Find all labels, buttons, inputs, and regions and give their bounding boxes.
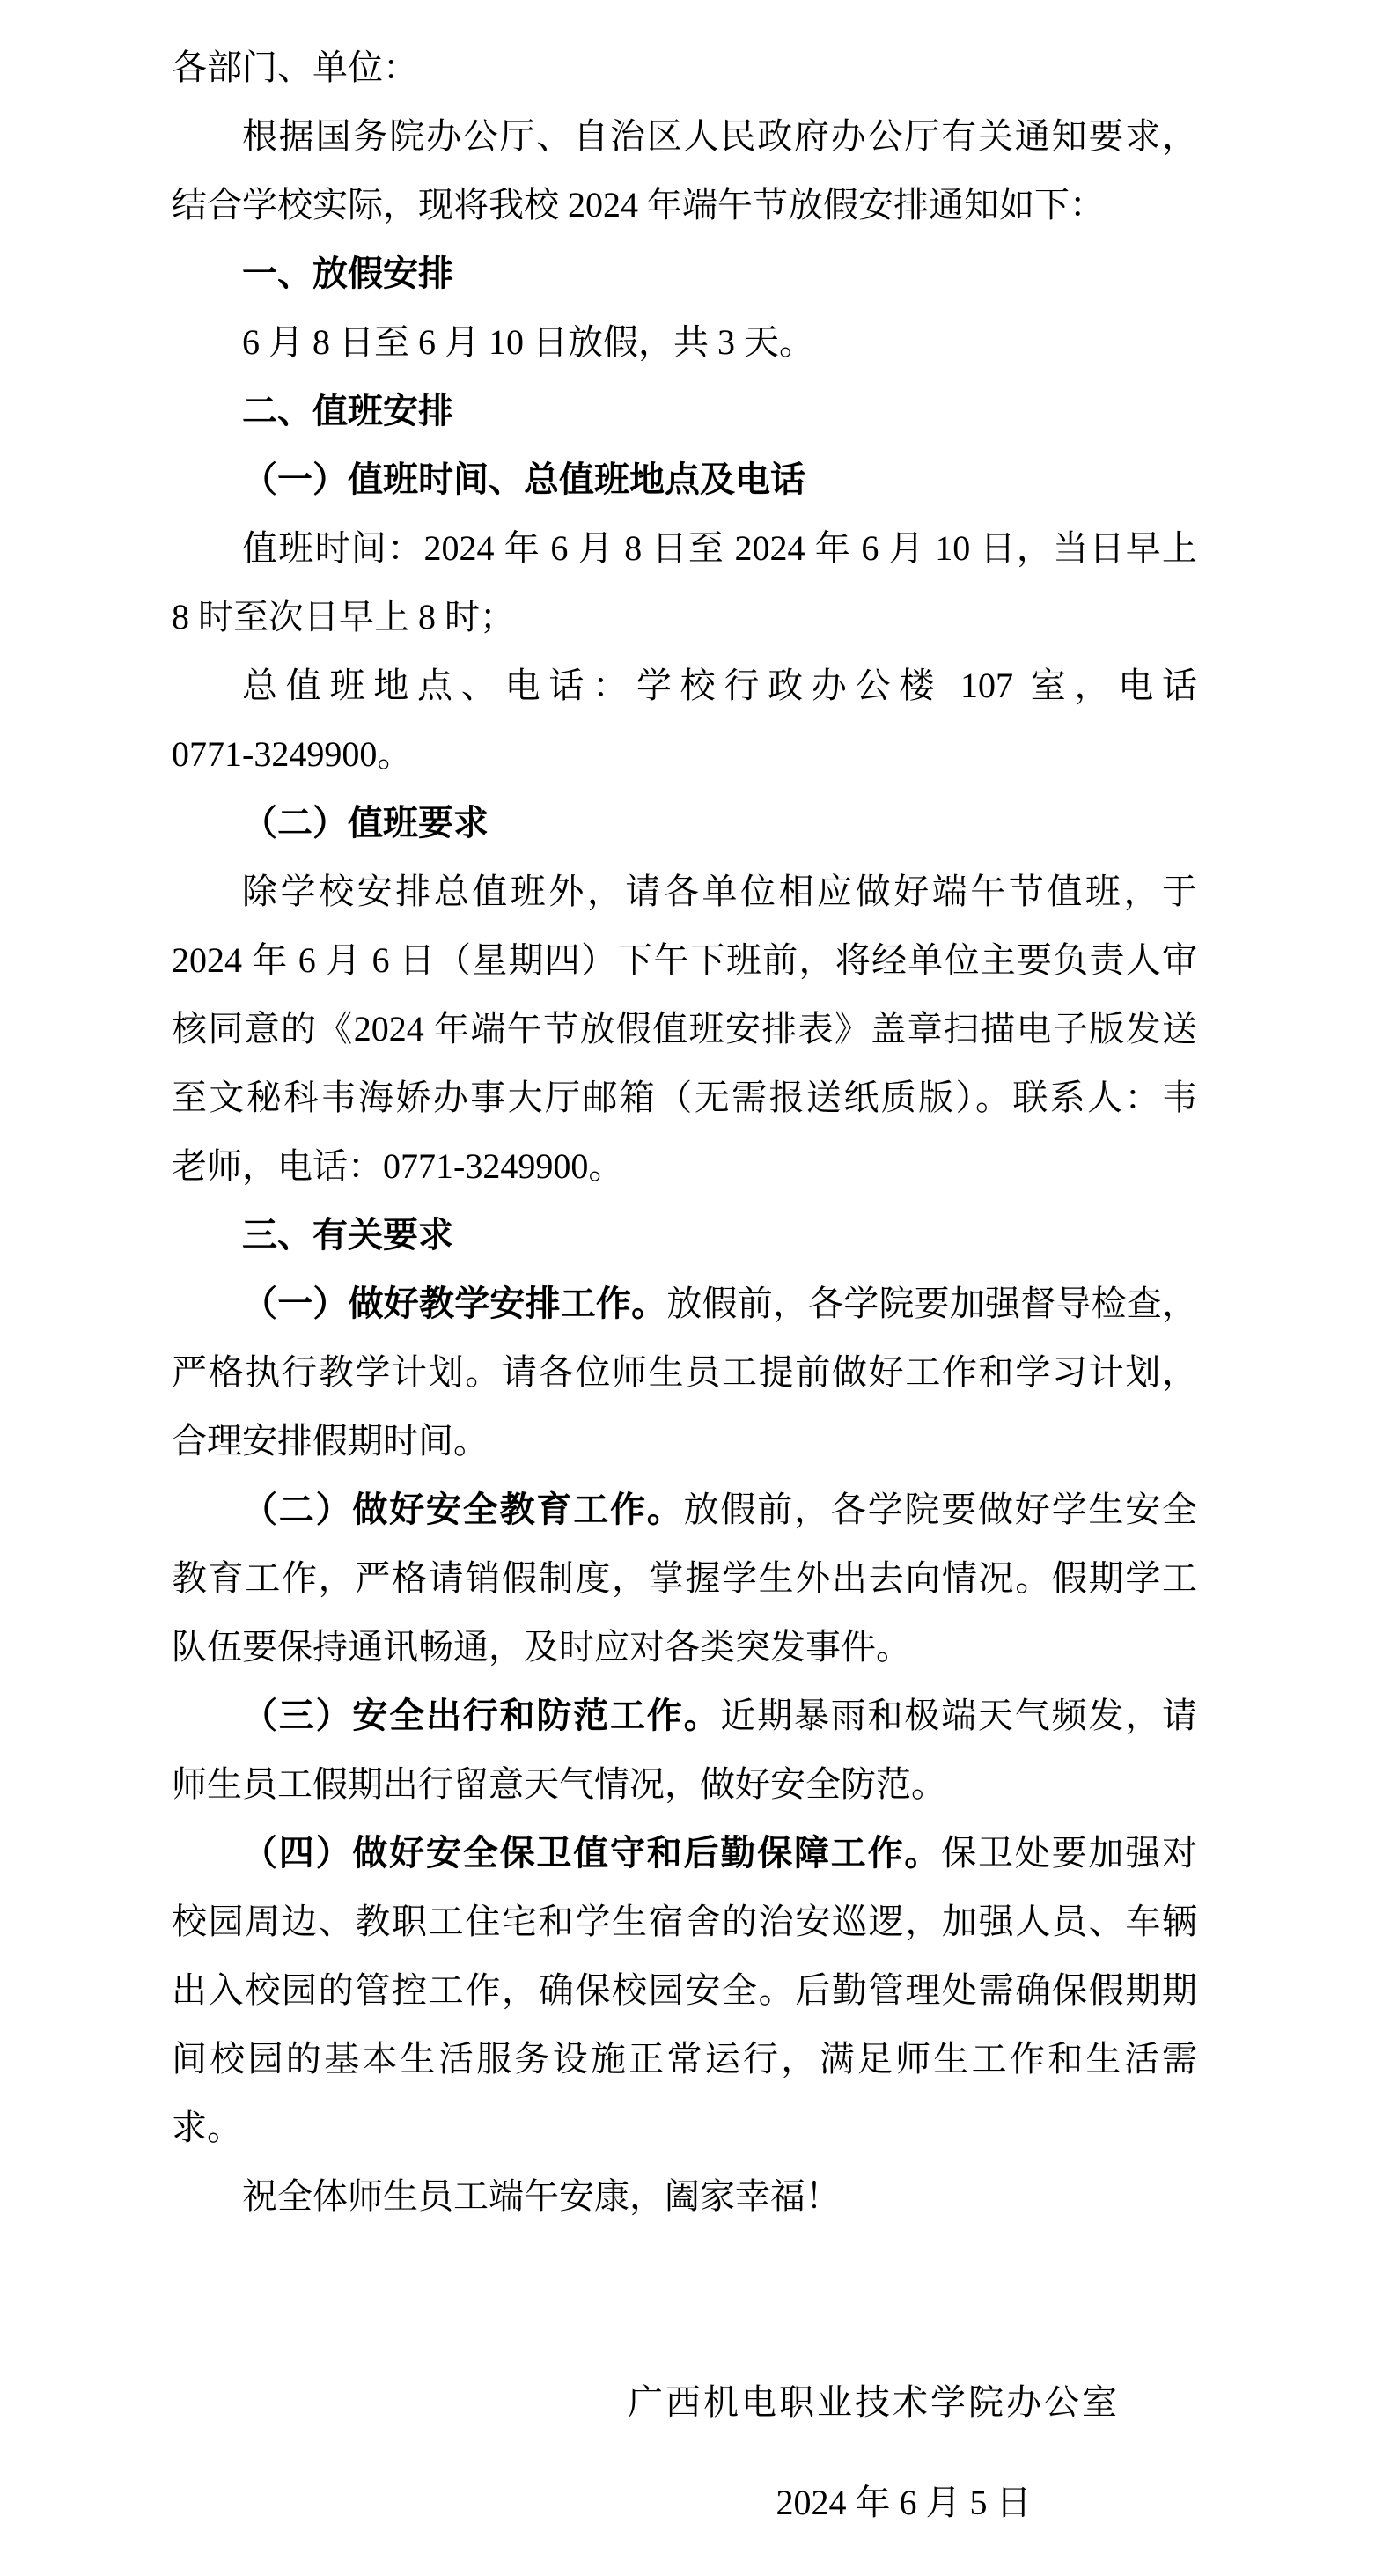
line-text: 值班时间：2024 年 6 月 8 日至 2024 年 6 月 10 日，当日早… xyxy=(242,528,1197,568)
text-line: 校园周边、教职工住宅和学生宿舍的治安巡逻，加强人员、车辆 xyxy=(172,1888,1197,1956)
text-line: 结合学校实际，现将我校 2024 年端午节放假安排通知如下： xyxy=(172,171,1197,239)
text-line: 求。 xyxy=(172,2094,1197,2162)
text-line: 根据国务院办公厅、自治区人民政府办公厅有关通知要求， xyxy=(172,102,1197,171)
line-text: 祝全体师生员工端午安康，阖家幸福！ xyxy=(242,2176,841,2216)
line-text: 0771-3249900。 xyxy=(172,734,412,774)
text-line: 祝全体师生员工端午安康，阖家幸福！ xyxy=(172,2162,1197,2231)
line-text: 总值班地点、电话：学校行政办公楼 107 室，电话 xyxy=(242,666,1197,705)
line-text: 严格执行教学计划。请各位师生员工提前做好工作和学习计划， xyxy=(172,1352,1197,1392)
line-text: 至文秘科韦海娇办事大厅邮箱（无需报送纸质版）。联系人：韦 xyxy=(172,1078,1197,1117)
heading-line: 一、放假安排 xyxy=(172,239,1197,308)
line-text: 老师，电话：0771-3249900。 xyxy=(172,1146,623,1186)
line-text: 间校园的基本生活服务设施正常运行，满足师生工作和生活需 xyxy=(172,2039,1197,2079)
text-line: 队伍要保持通讯畅通，及时应对各类突发事件。 xyxy=(172,1613,1197,1682)
line-text: 结合学校实际，现将我校 2024 年端午节放假安排通知如下： xyxy=(172,185,1105,224)
text-line: 除学校安排总值班外，请各单位相应做好端午节值班，于 xyxy=(172,857,1197,926)
text-line: 8 时至次日早上 8 时； xyxy=(172,583,1197,651)
text-line: 总值班地点、电话：学校行政办公楼 107 室，电话 xyxy=(172,651,1197,720)
line-text: 师生员工假期出行留意天气情况，做好安全防范。 xyxy=(172,1764,946,1804)
line-text: 除学校安排总值班外，请各单位相应做好端午节值班，于 xyxy=(242,872,1197,911)
text-line: 师生员工假期出行留意天气情况，做好安全防范。 xyxy=(172,1750,1197,1819)
text-line: 值班时间：2024 年 6 月 8 日至 2024 年 6 月 10 日，当日早… xyxy=(172,514,1197,583)
text-line: （一）做好教学安排工作。放假前，各学院要加强督导检查， xyxy=(172,1270,1197,1338)
text-line: 各部门、单位： xyxy=(172,33,1197,102)
text-line: 老师，电话：0771-3249900。 xyxy=(172,1132,1197,1201)
text-line: 0771-3249900。 xyxy=(172,720,1197,789)
line-text: 保卫处要加强对 xyxy=(941,1833,1197,1873)
line-text: 放假前，各学院要加强督导检查， xyxy=(666,1284,1197,1323)
text-line: 教育工作，严格请销假制度，掌握学生外出去向情况。假期学工 xyxy=(172,1544,1197,1613)
line-text: 放假前，各学院要做好学生安全 xyxy=(684,1490,1197,1529)
signature-date: 2024 年 6 月 5 日 xyxy=(658,2469,1150,2537)
line-text: 各部门、单位： xyxy=(172,48,418,87)
notice-document: 各部门、单位：根据国务院办公厅、自治区人民政府办公厅有关通知要求，结合学校实际，… xyxy=(0,0,1397,2576)
document-body: 各部门、单位：根据国务院办公厅、自治区人民政府办公厅有关通知要求，结合学校实际，… xyxy=(172,33,1197,2231)
line-text: 队伍要保持通讯畅通，及时应对各类突发事件。 xyxy=(172,1627,911,1667)
line-text: 近期暴雨和极端天气频发，请 xyxy=(720,1696,1197,1735)
run-in-heading: （一）值班时间、总值班地点及电话 xyxy=(242,460,805,499)
line-text: 教育工作，严格请销假制度，掌握学生外出去向情况。假期学工 xyxy=(172,1558,1197,1598)
line-text: 2024 年 6 月 6 日（星期四）下午下班前，将经单位主要负责人审 xyxy=(172,940,1197,980)
text-line: 6 月 8 日至 6 月 10 日放假，共 3 天。 xyxy=(172,308,1197,377)
text-line: 至文秘科韦海娇办事大厅邮箱（无需报送纸质版）。联系人：韦 xyxy=(172,1064,1197,1132)
line-text: 根据国务院办公厅、自治区人民政府办公厅有关通知要求， xyxy=(242,116,1197,156)
text-line: 核同意的《2024 年端午节放假值班安排表》盖章扫描电子版发送 xyxy=(172,995,1197,1064)
line-text: 合理安排假期时间。 xyxy=(172,1421,489,1461)
run-in-heading: 三、有关要求 xyxy=(242,1216,453,1255)
run-in-heading: （二）做好安全教育工作。 xyxy=(242,1490,684,1529)
heading-line: （一）值班时间、总值班地点及电话 xyxy=(172,445,1197,514)
run-in-heading: （二）值班要求 xyxy=(242,803,489,843)
run-in-heading: 一、放假安排 xyxy=(242,254,453,293)
text-line: 合理安排假期时间。 xyxy=(172,1407,1197,1476)
signature-org: 广西机电职业技术学院办公室 xyxy=(628,2368,1120,2437)
text-line: （四）做好安全保卫值守和后勤保障工作。保卫处要加强对 xyxy=(172,1819,1197,1888)
run-in-heading: 二、值班安排 xyxy=(242,392,453,431)
heading-line: （二）值班要求 xyxy=(172,789,1197,857)
heading-line: 三、有关要求 xyxy=(172,1201,1197,1270)
run-in-heading: （四）做好安全保卫值守和后勤保障工作。 xyxy=(242,1833,941,1873)
text-line: 严格执行教学计划。请各位师生员工提前做好工作和学习计划， xyxy=(172,1338,1197,1407)
text-line: （三）安全出行和防范工作。近期暴雨和极端天气频发，请 xyxy=(172,1682,1197,1750)
signature-block: 广西机电职业技术学院办公室 2024 年 6 月 5 日 xyxy=(628,2368,1120,2537)
text-line: 间校园的基本生活服务设施正常运行，满足师生工作和生活需 xyxy=(172,2025,1197,2094)
run-in-heading: （三）安全出行和防范工作。 xyxy=(242,1696,720,1735)
text-line: （二）做好安全教育工作。放假前，各学院要做好学生安全 xyxy=(172,1476,1197,1544)
heading-line: 二、值班安排 xyxy=(172,377,1197,445)
line-text: 求。 xyxy=(172,2108,242,2147)
line-text: 核同意的《2024 年端午节放假值班安排表》盖章扫描电子版发送 xyxy=(172,1009,1197,1049)
line-text: 8 时至次日早上 8 时； xyxy=(172,597,515,637)
line-text: 校园周边、教职工住宅和学生宿舍的治安巡逻，加强人员、车辆 xyxy=(172,1902,1197,1941)
run-in-heading: （一）做好教学安排工作。 xyxy=(242,1284,666,1323)
line-text: 出入校园的管控工作，确保校园安全。后勤管理处需确保假期期 xyxy=(172,1970,1197,2010)
text-line: 2024 年 6 月 6 日（星期四）下午下班前，将经单位主要负责人审 xyxy=(172,926,1197,995)
text-line: 出入校园的管控工作，确保校园安全。后勤管理处需确保假期期 xyxy=(172,1956,1197,2025)
line-text: 6 月 8 日至 6 月 10 日放假，共 3 天。 xyxy=(242,322,814,362)
